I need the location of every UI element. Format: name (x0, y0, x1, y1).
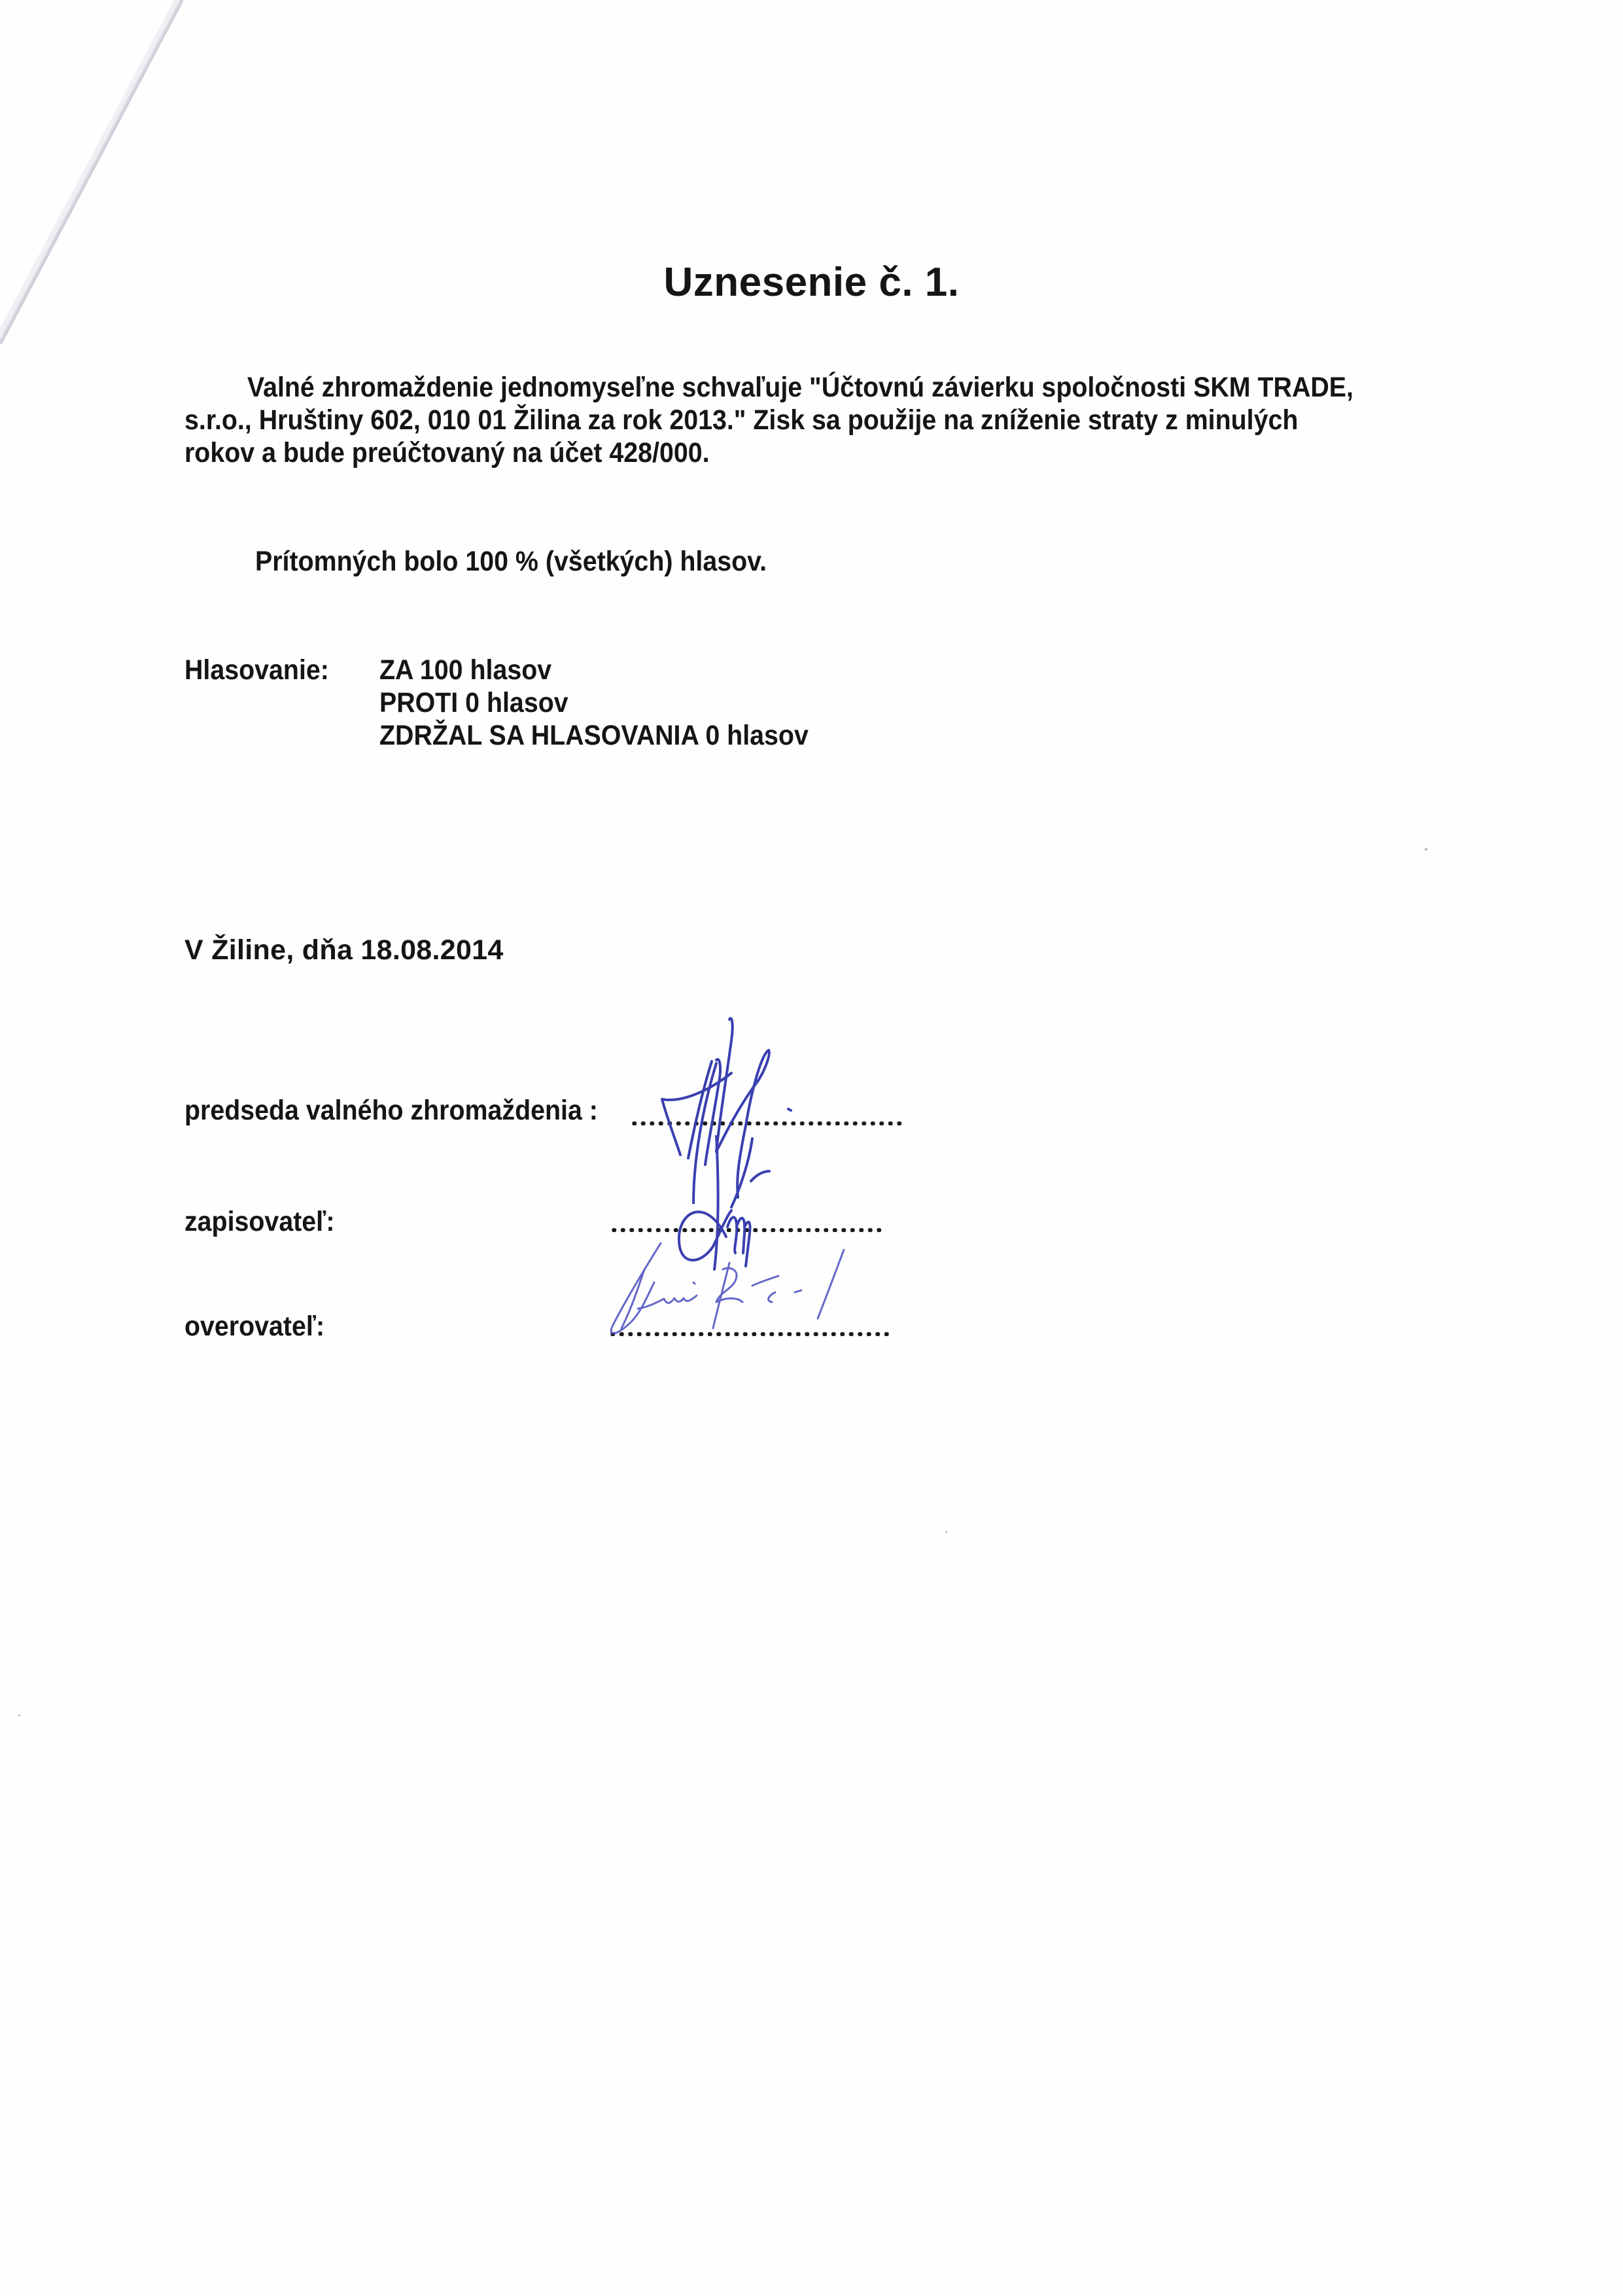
handwritten-signature-verifier (599, 1230, 873, 1341)
voting-label: Hlasovanie: (184, 654, 329, 686)
signature-line-recorder (610, 1228, 886, 1232)
scan-speck (18, 1714, 20, 1716)
handwritten-signature-recorder (654, 1135, 850, 1299)
scan-speck (945, 1531, 947, 1533)
scan-fold-line (0, 0, 196, 366)
resolution-line: Valné zhromaždenie jednomyseľne schvaľuj… (247, 372, 1353, 404)
signature-label-chairman: predseda valného zhromaždenia : (184, 1095, 598, 1127)
place-date: V Žiline, dňa 18.08.2014 (184, 934, 504, 966)
page-title: Uznesenie č. 1. (0, 259, 1623, 306)
scan-speck (1425, 848, 1427, 851)
resolution-line: s.r.o., Hruštiny 602, 010 01 Žilina za r… (184, 404, 1298, 436)
vote-result-against: PROTI 0 hlasov (379, 687, 568, 719)
signature-line-chairman (630, 1122, 903, 1125)
document-page: Uznesenie č. 1. Valné zhromaždenie jedno… (0, 0, 1623, 2296)
signature-label-verifier: overovateľ: (184, 1311, 324, 1343)
attendance-text: Prítomných bolo 100 % (všetkých) hlasov. (255, 546, 767, 578)
resolution-line: rokov a bude preúčtovaný na účet 428/000… (184, 437, 710, 469)
vote-result-for: ZA 100 hlasov (379, 654, 551, 686)
signature-label-recorder: zapisovateľ: (184, 1206, 334, 1238)
vote-result-abstain: ZDRŽAL SA HLASOVANIA 0 hlasov (379, 720, 809, 752)
handwritten-signature-chairman (654, 988, 890, 1204)
signature-line-verifier (608, 1332, 890, 1336)
